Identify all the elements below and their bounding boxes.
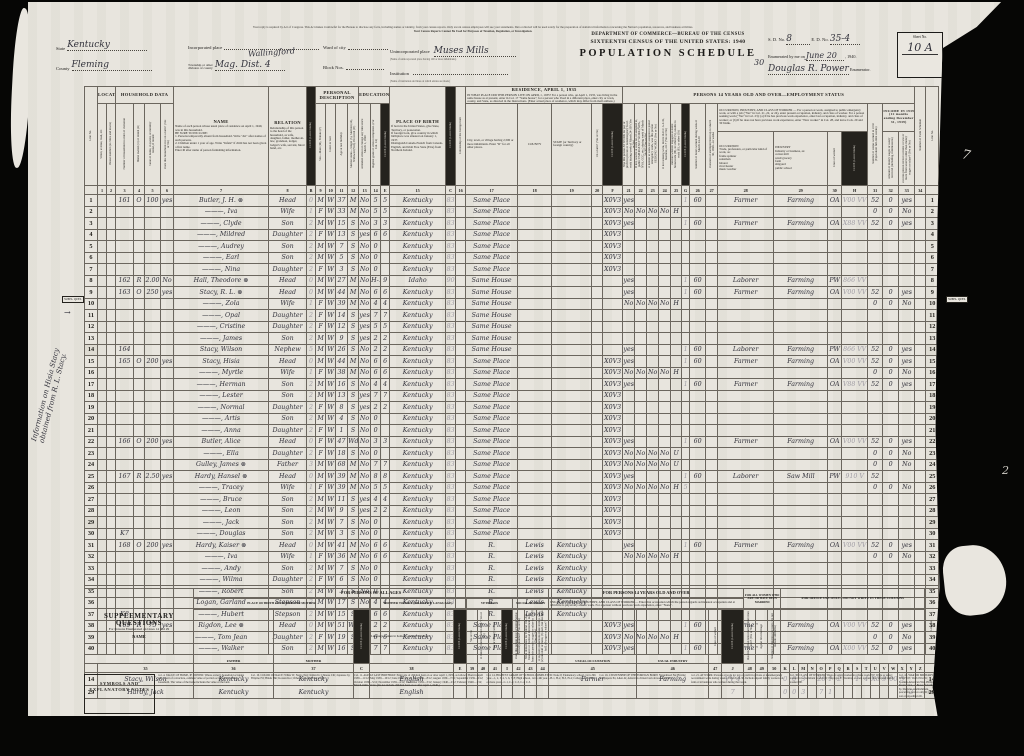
cell-class-of-worker xyxy=(828,563,842,575)
cell-household-no xyxy=(116,402,134,414)
cell-farm xyxy=(161,344,174,356)
cell-marital: S xyxy=(348,390,359,402)
cell-farm-schedule xyxy=(915,390,926,402)
table-row: 28———, LeonSon2MW9Syes22Kentucky83Same P… xyxy=(85,505,939,517)
cell-unemp-duration xyxy=(706,528,718,540)
cell-has-job: No xyxy=(659,367,671,379)
cell-house-no xyxy=(107,241,116,253)
cell-res-county xyxy=(518,264,552,276)
cell-at-work xyxy=(623,563,635,575)
cell-res-county xyxy=(518,275,552,287)
cell-at-work: No xyxy=(623,298,635,310)
cell-relation-code: 3 xyxy=(307,459,316,471)
cell-engaged-in: U xyxy=(671,459,682,471)
cell-other-income: yes xyxy=(899,218,915,230)
cell-occ-code xyxy=(842,517,868,529)
cell-tenure xyxy=(134,448,145,460)
cell-res-state xyxy=(552,333,592,345)
cell-industry: Saw Mill xyxy=(774,471,828,483)
cell-ln-right: 10 xyxy=(926,298,939,310)
cell-seeking-work xyxy=(647,540,659,552)
cell-res-state: Kentucky xyxy=(552,574,592,586)
cell-wages: 0 xyxy=(883,298,899,310)
cell-res-state xyxy=(552,448,592,460)
supp-col-war-service: War or military service xyxy=(489,610,502,664)
cell-occ-code xyxy=(842,459,868,471)
cell-sex: M xyxy=(316,413,326,425)
col-name: NAME Name of each person whose usual pla… xyxy=(174,87,269,186)
cell-grade: 0 xyxy=(371,252,381,264)
col-number: 33 xyxy=(899,186,915,195)
cell-race: W xyxy=(326,206,336,218)
col-number: 17 xyxy=(466,186,518,195)
cell-tenure xyxy=(134,367,145,379)
cell-emergency-work xyxy=(635,390,647,402)
cell-res-farm xyxy=(592,574,603,586)
cell-citizenship xyxy=(456,275,466,287)
cell-res-county xyxy=(518,195,552,207)
cell-occ-code xyxy=(842,333,868,345)
cell-has-job xyxy=(659,344,671,356)
cell-has-job: No xyxy=(659,206,671,218)
col-res-county: COUNTY xyxy=(518,103,552,186)
cell-res-city: Same Place xyxy=(466,528,518,540)
cell-tenure: R xyxy=(134,471,145,483)
cell-name: ———, Ella xyxy=(174,448,269,460)
cell-industry xyxy=(774,310,828,322)
cell-relation: Son xyxy=(269,413,307,425)
cell-res-city: Same Place xyxy=(466,356,518,368)
supp-col-veteran: Yes or No xyxy=(467,610,478,664)
cell-farm xyxy=(161,229,174,241)
cell-engaged-in xyxy=(671,528,682,540)
cell-house-no xyxy=(107,540,116,552)
cell-occ-code xyxy=(842,241,868,253)
cell-home-value xyxy=(145,298,161,310)
cell-wages xyxy=(883,241,899,253)
district-block: S. D. No. 8 E. D. No. 35-4 Enumerated by… xyxy=(768,34,894,75)
col-number: K xyxy=(781,664,790,673)
col-hours-worked: Number of hours worked during week of Ma… xyxy=(690,103,706,186)
cell-name: ———, Herman xyxy=(174,379,269,391)
cell-tenure: O xyxy=(134,195,145,207)
col-number: B xyxy=(307,186,316,195)
cell-res-city: Same House xyxy=(466,310,518,322)
cell-relation: Son xyxy=(269,379,307,391)
cell-house-no xyxy=(107,206,116,218)
cell-birthplace-code: 83 xyxy=(446,517,456,529)
cell-res-farm xyxy=(592,459,603,471)
cell-seeking-work: No xyxy=(647,448,659,460)
cell-wages: 0 xyxy=(883,344,899,356)
cell-industry: Farming xyxy=(774,379,828,391)
cell-has-job: No xyxy=(659,448,671,460)
cell-tenure xyxy=(134,229,145,241)
cell-occupation xyxy=(718,252,774,264)
cell-relation-code: 0 xyxy=(307,275,316,287)
cell-emp-code: 1 xyxy=(682,379,690,391)
cell-home-value xyxy=(145,505,161,517)
cell-unemp-duration xyxy=(706,195,718,207)
cell-birthplace: Kentucky xyxy=(390,494,446,506)
cell-name: ———, Douglas xyxy=(174,528,269,540)
cell-industry xyxy=(774,494,828,506)
cell-industry: Farming xyxy=(774,195,828,207)
cell-sex: M xyxy=(316,241,326,253)
cell-school: yes xyxy=(359,390,371,402)
supp-col-usual-occupation: USUAL OCCUPATION xyxy=(549,610,637,664)
cell-grade: 6 xyxy=(371,367,381,379)
cell-engaged-in xyxy=(671,574,682,586)
cell-ln: 33 xyxy=(85,563,98,575)
cell-res-county xyxy=(518,229,552,241)
cell-birthplace: Kentucky xyxy=(390,298,446,310)
cell-relation-code: 1 xyxy=(307,298,316,310)
cell-name: ———, Tracey xyxy=(174,482,269,494)
cell-tenure xyxy=(134,241,145,253)
margin-arrow: → xyxy=(64,308,71,317)
cell-house-no xyxy=(107,356,116,368)
cell-occupation xyxy=(718,574,774,586)
cell-emergency-work: No xyxy=(635,298,647,310)
cell-occ-code: 866 VV xyxy=(842,275,868,287)
cell-home-value xyxy=(145,528,161,540)
cell-school: No xyxy=(359,551,371,563)
col-number xyxy=(926,186,939,195)
cell-class-of-worker xyxy=(828,574,842,586)
cell-has-job xyxy=(659,275,671,287)
cell-at-work: yes xyxy=(623,287,635,299)
cell-weeks-worked xyxy=(868,517,883,529)
state-label: State xyxy=(56,46,65,51)
cell-occ-code: 866 VV xyxy=(842,344,868,356)
cell-street xyxy=(98,574,107,586)
cell-house-no xyxy=(107,563,116,575)
cell-emergency-work xyxy=(635,540,647,552)
cell-farm-schedule xyxy=(915,459,926,471)
cell-relation: Daughter xyxy=(269,264,307,276)
cell-weeks-worked: 52 xyxy=(868,471,883,483)
col-number: S xyxy=(853,664,862,673)
cell-home-value xyxy=(145,459,161,471)
cell-street xyxy=(98,252,107,264)
state-field: State Kentucky xyxy=(56,40,147,51)
cell-class-of-worker xyxy=(828,528,842,540)
supp-col-veteran-child: If child, is veteran-father dead? (Yes o… xyxy=(478,610,489,664)
cell-ln-right: 29 xyxy=(926,517,939,529)
cell-occ-code xyxy=(842,482,868,494)
cell-unemp-duration xyxy=(706,471,718,483)
cell-age: 4 xyxy=(336,413,348,425)
cell-birthplace-code: 83 xyxy=(446,218,456,230)
cell-household-no xyxy=(116,551,134,563)
cell-occ-code xyxy=(842,367,868,379)
cell-citizenship xyxy=(456,310,466,322)
cell-res-farm xyxy=(592,517,603,529)
cell-res-state xyxy=(552,321,592,333)
cell-engaged-in xyxy=(671,356,682,368)
cell-hours: 60 xyxy=(690,436,706,448)
cell-other-income xyxy=(899,402,915,414)
cell-marital: M xyxy=(348,551,359,563)
cell-age: 26 xyxy=(336,344,348,356)
cell-citizenship xyxy=(456,229,466,241)
cell-birthplace: Kentucky xyxy=(390,517,446,529)
cell-race: W xyxy=(326,367,336,379)
cell-emp-code xyxy=(682,459,690,471)
cell-farm xyxy=(161,448,174,460)
cell-industry: Farming xyxy=(774,218,828,230)
cell-ln-right: 7 xyxy=(926,264,939,276)
cell-farm xyxy=(161,528,174,540)
cell-birthplace: Kentucky xyxy=(390,287,446,299)
ward-label: Ward of city xyxy=(323,45,346,50)
cell-race: W xyxy=(326,459,336,471)
cell-marital: S xyxy=(348,505,359,517)
cell-age: 14 xyxy=(336,310,348,322)
cell-birthplace-code: 83 xyxy=(446,436,456,448)
cell-citizenship xyxy=(456,551,466,563)
cell-hours: 60 xyxy=(690,379,706,391)
cell-citizenship xyxy=(456,574,466,586)
cell-marital: S xyxy=(348,379,359,391)
cell-house-no xyxy=(107,379,116,391)
cell-engaged-in xyxy=(671,563,682,575)
cell-race: W xyxy=(326,321,336,333)
col-number: 19 xyxy=(552,186,592,195)
cell-age: 5 xyxy=(336,252,348,264)
cell-house-no xyxy=(107,333,116,345)
cell-emergency-work xyxy=(635,344,647,356)
cell-wages: 0 xyxy=(883,436,899,448)
cell-relation: Nephew xyxy=(269,344,307,356)
cell-res-state xyxy=(552,413,592,425)
col-number: 22 xyxy=(635,186,647,195)
sd-value: 8 xyxy=(786,34,810,45)
cell-weeks-worked xyxy=(868,333,883,345)
note-col14: Col. 14. HIGHEST GRADE OF SCHOOL COMPLET… xyxy=(486,674,596,714)
cell-class-of-worker xyxy=(828,241,842,253)
cell-ln-right: 21 xyxy=(926,425,939,437)
cell-birthplace-code: 83 xyxy=(446,425,456,437)
group-all-ages: FOR PERSONS OF ALL AGES xyxy=(194,589,549,599)
cell-emergency-work xyxy=(635,563,647,575)
cell-at-work xyxy=(623,241,635,253)
col-other-income: Did this person receive income of $50 or… xyxy=(899,131,915,186)
col-number: 8 xyxy=(269,186,307,195)
cell-other-income xyxy=(899,528,915,540)
cell-tenure xyxy=(134,321,145,333)
col-number: Z xyxy=(916,664,925,673)
cell-house-no xyxy=(107,413,116,425)
cell-race: W xyxy=(326,298,336,310)
cell-birthplace: Kentucky xyxy=(390,195,446,207)
cell-res-city: Same Place xyxy=(466,206,518,218)
cell-grade-code xyxy=(381,574,390,586)
cell-name: ———, Opal xyxy=(174,310,269,322)
col-number: O xyxy=(817,664,826,673)
cell-household-no: 167 xyxy=(116,471,134,483)
cell-res-city: Same Place xyxy=(466,425,518,437)
cell-farm-schedule xyxy=(915,402,926,414)
cell-emp-code xyxy=(682,413,690,425)
cell-relation: Daughter xyxy=(269,321,307,333)
cell-school: No xyxy=(359,574,371,586)
cell-relation: Son xyxy=(269,390,307,402)
cell-grade: 2 xyxy=(371,402,381,414)
cell-other-income: yes xyxy=(899,540,915,552)
cell-occupation xyxy=(718,206,774,218)
cell-wages: 0 xyxy=(883,218,899,230)
cell-race: W xyxy=(326,574,336,586)
enumerator-signature: Douglas R. Power xyxy=(768,64,849,75)
cell-at-work xyxy=(623,390,635,402)
cell-res-code xyxy=(603,344,623,356)
cell-farm xyxy=(161,264,174,276)
cell-race: W xyxy=(326,310,336,322)
col-number: R xyxy=(844,664,853,673)
cell-emp-code xyxy=(682,264,690,276)
cell-res-city: Same Place xyxy=(466,517,518,529)
cell-marital: M xyxy=(348,287,359,299)
cell-has-job xyxy=(659,563,671,575)
cell-res-county xyxy=(518,528,552,540)
cell-engaged-in xyxy=(671,540,682,552)
cell-birthplace: Kentucky xyxy=(390,206,446,218)
cell-grade-code: 7 xyxy=(381,310,390,322)
cell-birthplace-code: 83 xyxy=(446,206,456,218)
cell-farm xyxy=(161,379,174,391)
cell-street xyxy=(98,275,107,287)
cell-unemp-duration xyxy=(706,344,718,356)
col-number: 27 xyxy=(706,186,718,195)
cell-house-no xyxy=(107,574,116,586)
cell-emergency-work xyxy=(635,517,647,529)
cell-res-code: X0V3 xyxy=(603,413,623,425)
cell-hours xyxy=(690,505,706,517)
cell-tenure xyxy=(134,425,145,437)
cell-citizenship xyxy=(456,436,466,448)
group-social-security: SOCIAL SECURITY xyxy=(513,599,549,610)
cell-wages xyxy=(883,310,899,322)
cell-relation-code: 2 xyxy=(307,563,316,575)
cell-relation: Son xyxy=(269,252,307,264)
cell-weeks-worked xyxy=(868,494,883,506)
cell-industry: Farming xyxy=(774,275,828,287)
table-row: 3———, ClydeSon2MW15SNo33Kentucky83Same P… xyxy=(85,218,939,230)
cell-race: W xyxy=(326,218,336,230)
cell-name: ———, Artis xyxy=(174,413,269,425)
cell-weeks-worked xyxy=(868,275,883,287)
cell-ln-right: 4 xyxy=(926,229,939,241)
cell-hours xyxy=(690,298,706,310)
cell-res-county xyxy=(518,413,552,425)
cell-hours xyxy=(690,517,706,529)
cell-birthplace: Kentucky xyxy=(390,344,446,356)
cell-farm-schedule xyxy=(915,436,926,448)
cell-citizenship xyxy=(456,367,466,379)
cell-tenure xyxy=(134,206,145,218)
cell-industry: Farming xyxy=(774,344,828,356)
cell-citizenship xyxy=(456,356,466,368)
cell-grade-code: 4 xyxy=(381,379,390,391)
cell-race: W xyxy=(326,195,336,207)
cell-has-job xyxy=(659,471,671,483)
cell-grade: H-1 xyxy=(371,275,381,287)
cell-emergency-work xyxy=(635,471,647,483)
cell-emp-code xyxy=(682,333,690,345)
cell-res-farm xyxy=(592,195,603,207)
col-number: 49 xyxy=(756,664,768,673)
cell-weeks-worked: 0 xyxy=(868,298,883,310)
cell-occ-code xyxy=(842,563,868,575)
cell-farm xyxy=(161,494,174,506)
cell-birthplace-code: 83 xyxy=(446,390,456,402)
cell-weeks-worked: 52 xyxy=(868,195,883,207)
cell-home-value: 200 xyxy=(145,436,161,448)
cell-other-income xyxy=(899,333,915,345)
cell-ln: 15 xyxy=(85,356,98,368)
cell-res-code xyxy=(603,540,623,552)
col-number: 11 xyxy=(336,186,348,195)
cell-school: No xyxy=(359,413,371,425)
table-row: 17———, HermanSon2MW16SNo44Kentucky83Same… xyxy=(85,379,939,391)
cell-res-state xyxy=(552,379,592,391)
cell-res-city: Same Place xyxy=(466,436,518,448)
cell-citizenship xyxy=(456,540,466,552)
cell-res-city: Same Place xyxy=(466,413,518,425)
cell-household-no xyxy=(116,252,134,264)
cell-res-county xyxy=(518,287,552,299)
cell-emergency-work xyxy=(635,436,647,448)
cell-res-city: R. xyxy=(466,551,518,563)
cell-grade-code: 6 xyxy=(381,287,390,299)
cell-industry xyxy=(774,482,828,494)
cell-household-no xyxy=(116,448,134,460)
cell-has-job xyxy=(659,356,671,368)
cell-other-income xyxy=(899,252,915,264)
cell-res-farm xyxy=(592,505,603,517)
cell-age: 11 xyxy=(336,494,348,506)
cell-res-county xyxy=(518,252,552,264)
cell-emp-code xyxy=(682,563,690,575)
cell-res-code: X0V3 xyxy=(603,459,623,471)
cell-res-farm xyxy=(592,540,603,552)
note-col11: Col. 11. AGE AT LAST BIRTHDAY: Enter age… xyxy=(354,674,484,714)
col-house-number: House number (in cities and towns) xyxy=(107,103,116,186)
cell-household-no xyxy=(116,298,134,310)
cell-res-county xyxy=(518,482,552,494)
col-number: 31 xyxy=(868,186,883,195)
cell-occupation xyxy=(718,333,774,345)
cell-farm: yes xyxy=(161,287,174,299)
cell-farm-schedule xyxy=(915,206,926,218)
cell-ln-right: 19 xyxy=(926,402,939,414)
cell-emergency-work xyxy=(635,229,647,241)
cell-household-no xyxy=(116,425,134,437)
cell-grade-code: 3 xyxy=(381,436,390,448)
group-occupation: OCCUPATION, INDUSTRY, AND CLASS OF WORKE… xyxy=(718,103,868,131)
cell-emp-code xyxy=(682,298,690,310)
cell-tenure: R xyxy=(134,275,145,287)
cell-unemp-duration xyxy=(706,321,718,333)
cell-birthplace-code: 83 xyxy=(446,413,456,425)
cell-street xyxy=(98,287,107,299)
cell-name: ———, Wilma xyxy=(174,574,269,586)
cell-weeks-worked: 0 xyxy=(868,206,883,218)
cell-relation-code: 2 xyxy=(307,517,316,529)
cell-res-farm xyxy=(592,356,603,368)
